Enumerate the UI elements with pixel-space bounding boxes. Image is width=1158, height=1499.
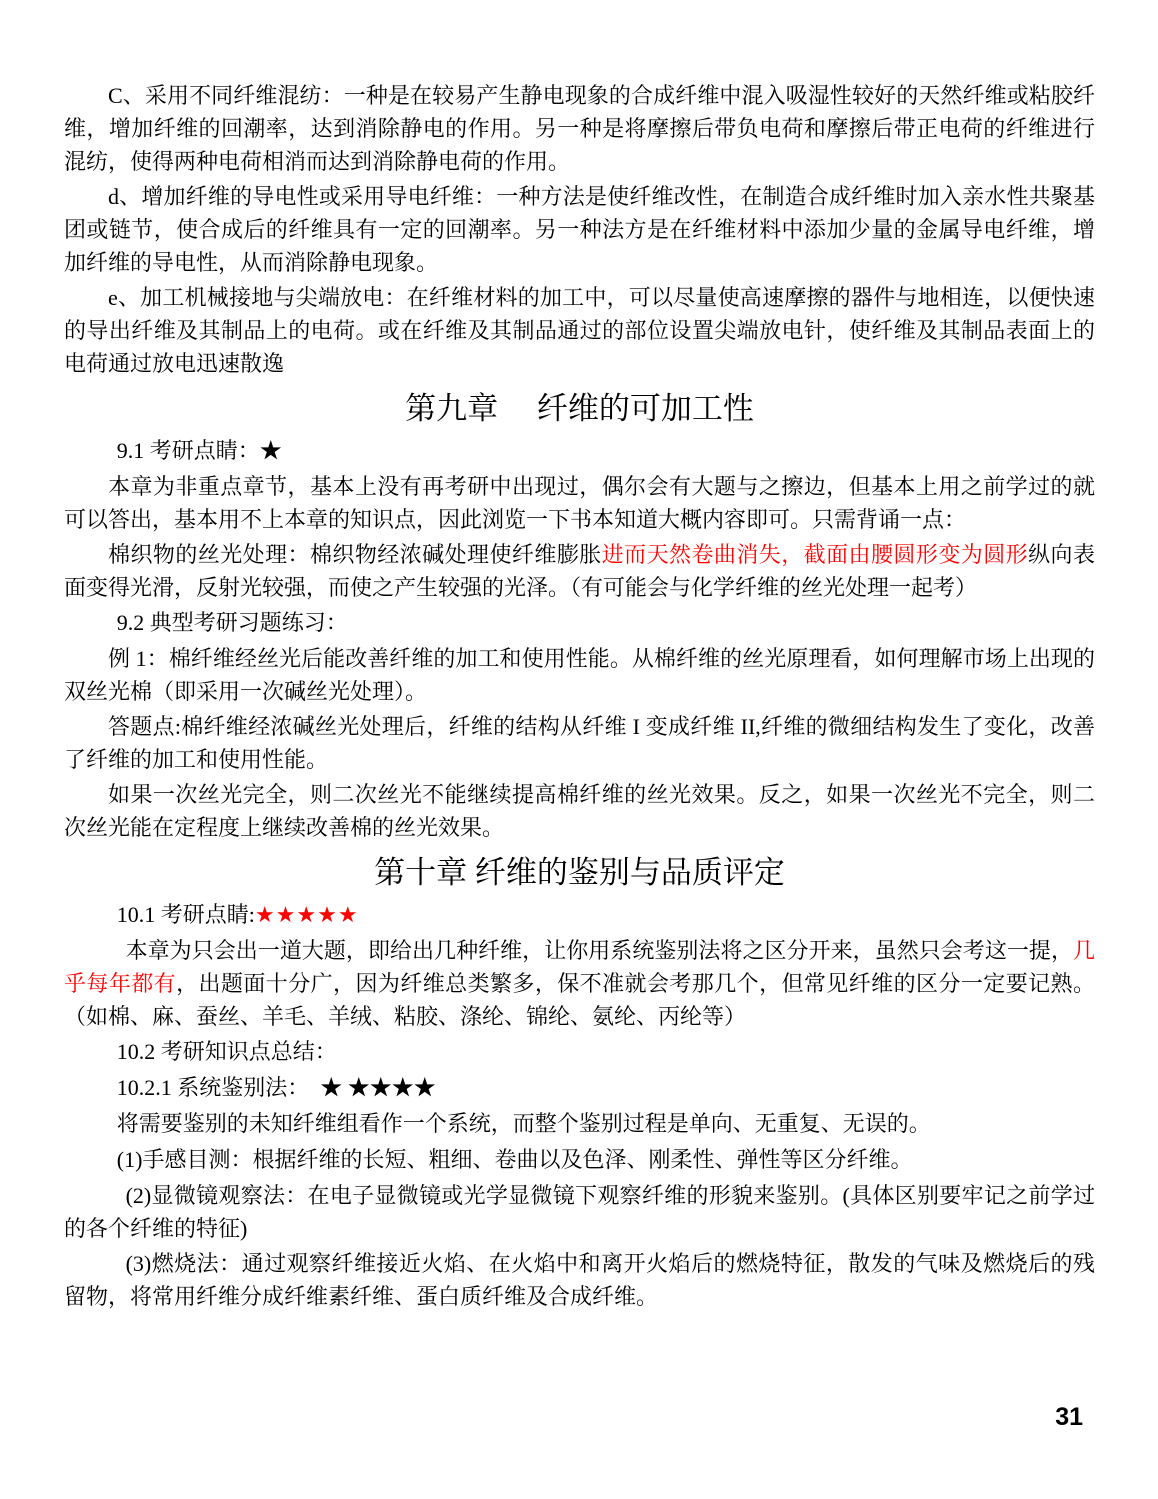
para-method-hand-feel: (1)手感目测：根据纤维的长短、粗细、卷曲以及色泽、刚柔性、弹性等区分纤维。 xyxy=(64,1143,1095,1177)
para-conductive-fiber: d、增加纤维的导电性或采用导电纤维：一种方法是使纤维改性，在制造合成纤维时加入亲… xyxy=(64,180,1095,279)
para-mercerization: 棉织物的丝光处理：棉织物经浓碱处理使纤维膨胀进而天然卷曲消失，截面由腰圆形变为圆… xyxy=(64,538,1095,604)
section-9-1-heading: 9.1 考研点睛：★ xyxy=(64,434,1095,468)
para-chapter9-overview: 本章为非重点章节，基本上没有再考研中出现过，偶尔会有大题与之擦边，但基本上用之前… xyxy=(64,470,1095,536)
page-number: 31 xyxy=(1055,1403,1083,1432)
mercerization-text-black1: 棉织物的丝光处理：棉织物经浓碱处理使纤维膨胀 xyxy=(108,542,602,567)
para-mercerization-note: 如果一次丝光完全，则二次丝光不能继续提高棉纤维的丝光效果。反之，如果一次丝光不完… xyxy=(64,778,1095,844)
para-chapter10-overview: 本章为只会出一道大题，即给出几种纤维，让你用系统鉴别法将之区分开来，虽然只会考这… xyxy=(64,934,1095,1033)
five-star-rating: ★★★★★ xyxy=(255,902,359,927)
section-10-1-label: 10.1 考研点睛: xyxy=(117,902,255,927)
para-example-1: 例 1：棉纤维经丝光后能改善纤维的加工和使用性能。从棉纤维的丝光原理看，如何理解… xyxy=(64,642,1095,708)
para-answer-points: 答题点:棉纤维经浓碱丝光处理后，纤维的结构从纤维 I 变成纤维 II,纤维的微细… xyxy=(64,710,1095,776)
para-grounding-discharge: e、加工机械接地与尖端放电：在纤维材料的加工中，可以尽量使高速摩擦的器件与地相连… xyxy=(64,281,1095,380)
chapter9-heading: 第九章 纤维的可加工性 xyxy=(64,387,1095,431)
section-10-2-1-heading: 10.2.1 系统鉴别法： ★ ★★★★ xyxy=(64,1071,1095,1105)
chapter10-heading: 第十章 纤维的鉴别与品质评定 xyxy=(64,851,1095,895)
para-system-method: 将需要鉴别的未知纤维组看作一个系统，而整个鉴别过程是单向、无重复、无误的。 xyxy=(64,1107,1095,1141)
para-method-microscope: (2)显微镜观察法：在电子显微镜或光学显微镜下观察纤维的形貌来鉴别。(具体区别要… xyxy=(64,1179,1095,1245)
para-method-burning: (3)燃烧法：通过观察纤维接近火焰、在火焰中和离开火焰后的燃烧特征，散发的气味及… xyxy=(64,1247,1095,1313)
document-page: C、采用不同纤维混纺：一种是在较易产生静电现象的合成纤维中混入吸湿性较好的天然纤… xyxy=(0,0,1158,1499)
para-antistatic-blending: C、采用不同纤维混纺：一种是在较易产生静电现象的合成纤维中混入吸湿性较好的天然纤… xyxy=(64,79,1095,178)
section-9-2-heading: 9.2 典型考研习题练习： xyxy=(64,606,1095,640)
section-10-1-heading: 10.1 考研点睛:★★★★★ xyxy=(64,898,1095,932)
chapter10-overview-black2: ，出题面十分广，因为纤维总类繁多，保不准就会考那几个，但常见纤维的区分一定要记熟… xyxy=(64,971,1095,1029)
section-10-2-heading: 10.2 考研知识点总结： xyxy=(64,1035,1095,1069)
mercerization-highlight-red: 进而天然卷曲消失，截面由腰圆形变为圆形 xyxy=(602,542,1028,567)
chapter10-overview-black1: 本章为只会出一道大题，即给出几种纤维，让你用系统鉴别法将之区分开来，虽然只会考这… xyxy=(126,938,1073,963)
page-content: C、采用不同纤维混纺：一种是在较易产生静电现象的合成纤维中混入吸湿性较好的天然纤… xyxy=(64,79,1095,1315)
